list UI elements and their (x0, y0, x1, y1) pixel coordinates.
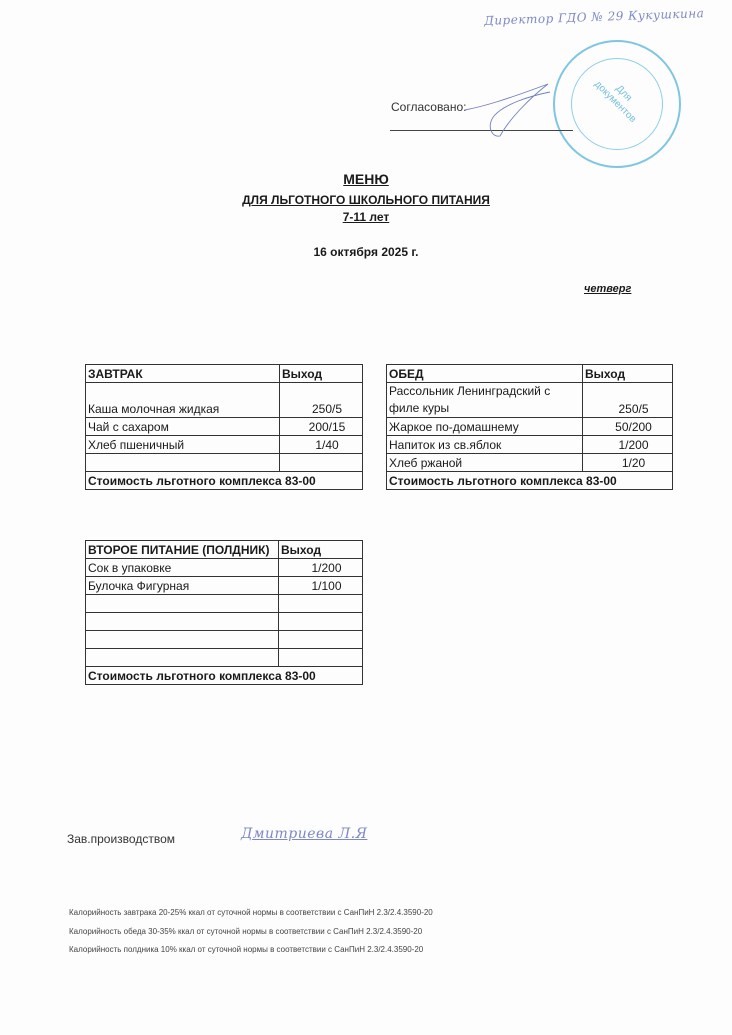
table-total-row: Стоимость льготного комплекса 83-00 (86, 667, 363, 685)
table-header-row: ВТОРОЕ ПИТАНИЕ (ПОЛДНИК) Выход (86, 541, 363, 559)
dish-name (86, 649, 279, 667)
foreman-label: Зав.производством (67, 832, 175, 846)
dish-output: 1/200 (583, 436, 673, 454)
menu-date: 16 октября 2025 г. (0, 245, 732, 259)
table-row (86, 649, 363, 667)
dish-name (86, 595, 279, 613)
dish-name: Сок в упаковке (86, 559, 279, 577)
page-title: МЕНЮ (0, 171, 732, 187)
complex-cost: Стоимость льготного комплекса 83-00 (86, 472, 363, 490)
dish-name: Хлеб ржаной (387, 454, 583, 472)
dish-name: Булочка Фигурная (86, 577, 279, 595)
dish-name: Чай с сахаром (86, 418, 280, 436)
lunch-table: ОБЕД Выход Рассольник Ленинградский с фи… (386, 364, 673, 490)
approved-label: Согласовано: (391, 100, 467, 114)
dish-output (279, 613, 363, 631)
dish-output: 200/15 (280, 418, 363, 436)
calorie-note-breakfast: Калорийность завтрака 20-25% ккал от сут… (69, 908, 433, 917)
table-row: Рассольник Ленинградский с филе куры 250… (387, 383, 673, 418)
dish-output: 1/20 (583, 454, 673, 472)
dish-name (86, 631, 279, 649)
dish-output (279, 631, 363, 649)
foreman-signature: Дмитриева Л.Я (241, 826, 367, 842)
table-row: Каша молочная жидкая 250/5 (86, 383, 363, 418)
table-row: Чай с сахаром 200/15 (86, 418, 363, 436)
output-header: Выход (583, 365, 673, 383)
lunch-header: ОБЕД (387, 365, 583, 383)
dish-name: Рассольник Ленинградский с филе куры (387, 383, 583, 418)
output-header: Выход (279, 541, 363, 559)
table-total-row: Стоимость льготного комплекса 83-00 (387, 472, 673, 490)
dish-output (280, 454, 363, 472)
complex-cost: Стоимость льготного комплекса 83-00 (86, 667, 363, 685)
dish-output: 1/40 (280, 436, 363, 454)
dish-output: 250/5 (280, 383, 363, 418)
age-group: 7-11 лет (0, 210, 732, 224)
dish-name (86, 454, 280, 472)
table-row: Булочка Фигурная 1/100 (86, 577, 363, 595)
weekday: четверг (584, 283, 631, 295)
table-row: Хлеб пшеничный 1/40 (86, 436, 363, 454)
calorie-note-lunch: Калорийность обеда 30-35% ккал от суточн… (69, 927, 422, 936)
dish-name: Хлеб пшеничный (86, 436, 280, 454)
dish-name: Жаркое по-домашнему (387, 418, 583, 436)
dish-output: 1/200 (279, 559, 363, 577)
dish-name: Каша молочная жидкая (86, 383, 280, 418)
dish-output: 50/200 (583, 418, 673, 436)
dish-name: Напиток из св.яблок (387, 436, 583, 454)
signature-icon (460, 78, 555, 138)
table-total-row: Стоимость льготного комплекса 83-00 (86, 472, 363, 490)
table-header-row: ЗАВТРАК Выход (86, 365, 363, 383)
stamp-icon: Для документов (553, 40, 681, 168)
dish-name (86, 613, 279, 631)
snack-table: ВТОРОЕ ПИТАНИЕ (ПОЛДНИК) Выход Сок в упа… (85, 540, 363, 685)
table-header-row: ОБЕД Выход (387, 365, 673, 383)
table-row (86, 613, 363, 631)
dish-output (279, 595, 363, 613)
table-row: Напиток из св.яблок 1/200 (387, 436, 673, 454)
table-row (86, 595, 363, 613)
dish-output: 250/5 (583, 383, 673, 418)
table-row: Жаркое по-домашнему 50/200 (387, 418, 673, 436)
output-header: Выход (280, 365, 363, 383)
table-row: Хлеб ржаной 1/20 (387, 454, 673, 472)
breakfast-table: ЗАВТРАК Выход Каша молочная жидкая 250/5… (85, 364, 363, 490)
table-row (86, 454, 363, 472)
breakfast-header: ЗАВТРАК (86, 365, 280, 383)
complex-cost: Стоимость льготного комплекса 83-00 (387, 472, 673, 490)
page-subtitle: ДЛЯ ЛЬГОТНОГО ШКОЛЬНОГО ПИТАНИЯ (0, 193, 732, 207)
table-row: Сок в упаковке 1/200 (86, 559, 363, 577)
dish-output (279, 649, 363, 667)
director-handwritten-note: Директор ГДО № 29 Кукушкина (484, 6, 705, 28)
dish-output: 1/100 (279, 577, 363, 595)
snack-header: ВТОРОЕ ПИТАНИЕ (ПОЛДНИК) (86, 541, 279, 559)
table-row (86, 631, 363, 649)
calorie-note-snack: Калорийность полдника 10% ккал от суточн… (69, 945, 423, 954)
